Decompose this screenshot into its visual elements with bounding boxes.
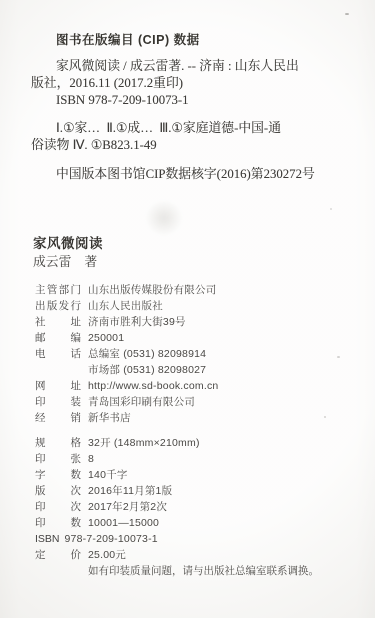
detail-label: 字 数 xyxy=(35,467,81,483)
detail-value: 978-7-209-10073-1 xyxy=(65,533,158,545)
colophon-row-phone-2: 市场部 (0531) 82098027 xyxy=(35,362,361,378)
detail-value: 25.00元 xyxy=(88,549,126,561)
detail-value: 山东人民出版社 xyxy=(88,300,163,312)
detail-label: 印 装 xyxy=(35,394,81,410)
colophon-row-phone-1: 电 话总编室 (0531) 82098914 xyxy=(35,346,361,362)
book-title: 家风微阅读 xyxy=(33,234,375,253)
colophon-row-wordcount: 字 数140千字 xyxy=(35,467,361,483)
scan-crease-mark xyxy=(138,193,190,243)
cip-record-line-1: 家风微阅读 / 成云雷著. -- 济南 : 山东人民出 xyxy=(31,58,361,75)
colophon-row-printrun: 印 数10001—15000 xyxy=(35,515,361,531)
cip-isbn-line: ISBN 978-7-209-10073-1 xyxy=(31,92,361,109)
detail-value: 32开 (148mm×210mm) xyxy=(88,437,200,449)
detail-value: 新华书店 xyxy=(88,412,131,424)
colophon-row-isbn: ISBN978-7-209-10073-1 xyxy=(35,531,361,547)
detail-label: 邮 编 xyxy=(35,330,81,346)
colophon-row-address: 社 址济南市胜利大街39号 xyxy=(35,314,361,330)
detail-value: 济南市胜利大街39号 xyxy=(88,316,186,328)
cip-classification: Ⅰ.①家… Ⅱ.①成… Ⅲ.①家庭道德-中国-通 俗读物 Ⅳ. ①B823.1-… xyxy=(31,120,361,154)
detail-label: 主管部门 xyxy=(35,282,81,298)
detail-label: 规 格 xyxy=(35,435,81,451)
detail-value: 8 xyxy=(88,453,94,465)
colophon-row-sheets: 印 张8 xyxy=(35,451,361,467)
detail-label: 网 址 xyxy=(35,378,81,394)
cip-registry-line: 中国版本图书馆CIP数据核字(2016)第230272号 xyxy=(31,166,361,183)
cip-heading: 图书在版编目 (CIP) 数据 xyxy=(31,32,361,48)
detail-value: 2016年11月第1版 xyxy=(88,485,172,497)
detail-label: 印 数 xyxy=(35,515,81,531)
detail-label: 出版发行 xyxy=(35,298,81,314)
book-copyright-page: 图书在版编目 (CIP) 数据 家风微阅读 / 成云雷著. -- 济南 : 山东… xyxy=(0,0,375,618)
detail-label: 定 价 xyxy=(35,547,81,563)
detail-value: 2017年2月第2次 xyxy=(88,501,167,513)
detail-value: 250001 xyxy=(88,332,124,344)
scan-speck xyxy=(324,416,326,418)
detail-label: 印 次 xyxy=(35,499,81,515)
colophon-block: 主管部门山东出版传媒股份有限公司 出版发行山东人民出版社 社 址济南市胜利大街3… xyxy=(35,282,361,579)
colophon-row-printer: 印 装青岛国彩印刷有限公司 xyxy=(35,394,361,410)
colophon-row-postcode: 邮 编250001 xyxy=(35,330,361,346)
detail-label: 社 址 xyxy=(35,314,81,330)
detail-value: 总编室 (0531) 82098914 xyxy=(88,348,206,360)
detail-label: ISBN xyxy=(35,531,60,547)
cip-record-line-2: 版社，2016.11 (2017.2重印) xyxy=(31,75,361,92)
colophon-row-distributor: 经 销新华书店 xyxy=(35,410,361,426)
detail-label: 版 次 xyxy=(35,483,81,499)
quality-note: 如有印装质量问题，请与出版社总编室联系调换。 xyxy=(88,563,361,579)
cip-record: 家风微阅读 / 成云雷著. -- 济南 : 山东人民出 版社，2016.11 (… xyxy=(31,58,361,109)
detail-value: http://www.sd-book.com.cn xyxy=(88,380,218,392)
scan-speck xyxy=(330,208,332,210)
cip-block: 图书在版编目 (CIP) 数据 家风微阅读 / 成云雷著. -- 济南 : 山东… xyxy=(31,32,361,183)
author-name: 成云雷 xyxy=(33,255,71,269)
colophon-row-website: 网 址http://www.sd-book.com.cn xyxy=(35,378,361,394)
detail-value: 山东出版传媒股份有限公司 xyxy=(88,284,216,296)
cip-registry: 中国版本图书馆CIP数据核字(2016)第230272号 xyxy=(31,166,361,183)
detail-value: 青岛国彩印刷有限公司 xyxy=(88,396,195,408)
cip-class-line-2: 俗读物 Ⅳ. ①B823.1-49 xyxy=(31,137,361,154)
colophon-row-price: 定 价25.00元 xyxy=(35,547,361,563)
detail-value: 市场部 (0531) 82098027 xyxy=(88,364,206,376)
detail-label: 电 话 xyxy=(35,346,81,362)
colophon-row-publisher: 出版发行山东人民出版社 xyxy=(35,298,361,314)
detail-value: 140千字 xyxy=(88,469,128,481)
colophon-row-edition: 版 次2016年11月第1版 xyxy=(35,483,361,499)
detail-value: 10001—15000 xyxy=(88,517,159,529)
detail-label: 经 销 xyxy=(35,410,81,426)
author-role: 著 xyxy=(84,255,97,269)
detail-label: 印 张 xyxy=(35,451,81,467)
book-author-line: 成云雷著 xyxy=(33,253,375,272)
colophon-row-printing: 印 次2017年2月第2次 xyxy=(35,499,361,515)
colophon-row-supervisor: 主管部门山东出版传媒股份有限公司 xyxy=(35,282,361,298)
scan-speck xyxy=(345,13,349,15)
colophon-row-format: 规 格32开 (148mm×210mm) xyxy=(35,435,361,451)
cip-class-line-1: Ⅰ.①家… Ⅱ.①成… Ⅲ.①家庭道德-中国-通 xyxy=(31,120,361,137)
scan-speck xyxy=(337,356,340,358)
